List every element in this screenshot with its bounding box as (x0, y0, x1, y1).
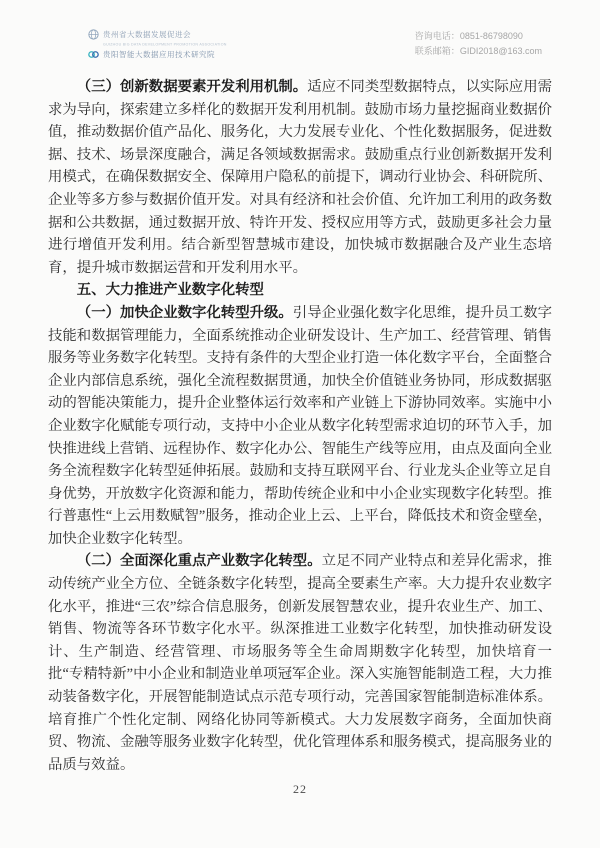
go-institute-logo-icon (88, 49, 99, 60)
section-heading-industry-digitalization: 五、大力推进产业数字化转型 (48, 279, 552, 302)
page-number: 22 (293, 782, 307, 796)
association-logo-label: 贵州省大数据发展促进会 (103, 29, 191, 40)
paragraph-text: 引导企业强化数字化思维，提升员工数字技能和数据管理能力，全面系统推动企业研发设计… (48, 305, 552, 547)
paragraph-lead: （一）加快企业数字化转型升级。 (77, 305, 293, 321)
contact-info: 咨询电话：0851-86798090 联系邮箱：GIDI2018@163.com (415, 29, 542, 59)
document-body: （三）创新数据要素开发利用机制。适应不同类型数据特点，以实际应用需求为导向，探索… (48, 76, 552, 776)
globe-association-logo-icon (88, 29, 99, 40)
contact-email-line: 联系邮箱：GIDI2018@163.com (415, 44, 542, 59)
paragraph-enterprise-transformation: （一）加快企业数字化转型升级。引导企业强化数字化思维，提升员工数字技能和数据管理… (48, 302, 552, 551)
page-header: 贵州省大数据发展促进会 GUIZHOU BIG DATA DEVELOPMENT… (88, 27, 542, 63)
contact-email-label: 联系邮箱： (415, 46, 460, 56)
paragraph-lead: （二）全面深化重点产业数字化转型。 (77, 553, 322, 569)
contact-phone-label: 咨询电话： (415, 31, 460, 41)
contact-phone-line: 咨询电话：0851-86798090 (415, 29, 542, 44)
association-logo-subtitle: GUIZHOU BIG DATA DEVELOPMENT PROMOTION A… (103, 42, 227, 47)
paragraph-key-industry-transformation: （二）全面深化重点产业数字化转型。立足不同产业特点和差异化需求，推动传统产业全方… (48, 550, 552, 776)
institute-logo: 贵阳智能大数据应用技术研究院 (88, 47, 240, 61)
paragraph-lead: （三）创新数据要素开发利用机制。 (77, 79, 307, 95)
contact-email-value: GIDI2018@163.com (460, 46, 542, 56)
page-footer: 22 (0, 782, 600, 797)
institute-logo-label: 贵阳智能大数据应用技术研究院 (103, 49, 215, 60)
paragraph-text: 立足不同产业特点和差异化需求，推动传统产业全方位、全链条数字化转型，提高全要素生… (48, 553, 552, 772)
paragraph-data-development: （三）创新数据要素开发利用机制。适应不同类型数据特点，以实际应用需求为导向，探索… (48, 76, 552, 279)
contact-phone-value: 0851-86798090 (460, 31, 523, 41)
association-logo: 贵州省大数据发展促进会 (88, 27, 240, 41)
paragraph-text: 适应不同类型数据特点，以实际应用需求为导向，探索建立多样化的数据开发利用机制。鼓… (48, 79, 552, 276)
logo-block: 贵州省大数据发展促进会 GUIZHOU BIG DATA DEVELOPMENT… (88, 27, 240, 61)
document-page: 贵州省大数据发展促进会 GUIZHOU BIG DATA DEVELOPMENT… (0, 0, 600, 848)
